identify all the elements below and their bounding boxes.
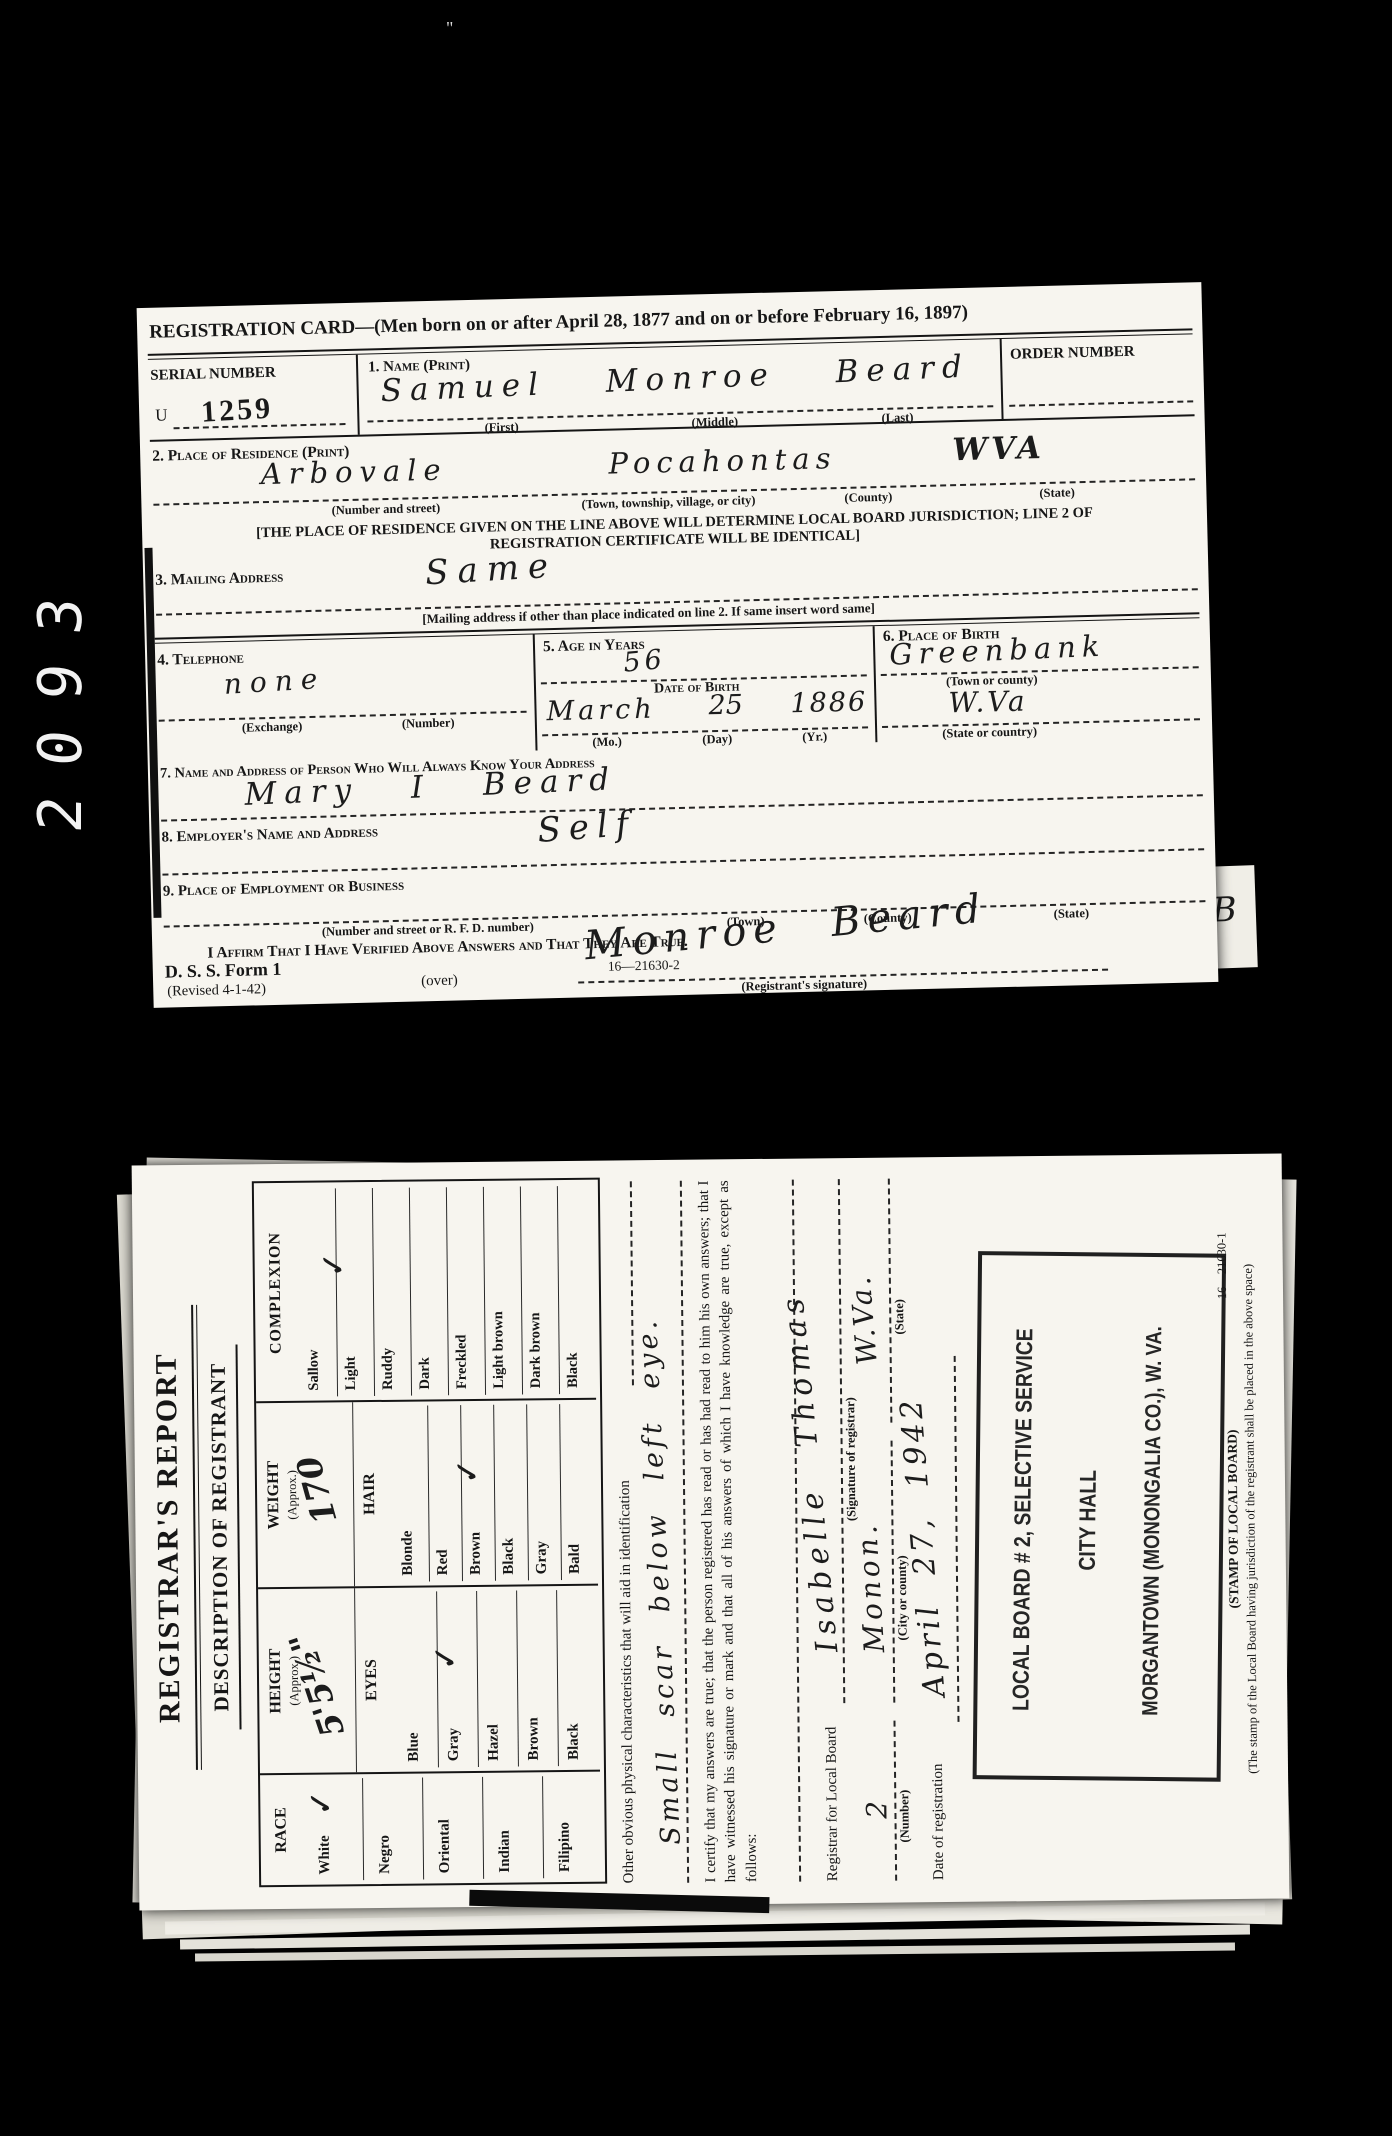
serial-number-value: 1259 (200, 392, 274, 430)
telephone-caption-number: (Number) (402, 715, 455, 731)
hair-option-black: Black (501, 1538, 518, 1575)
dob-caption-year: (Yr.) (802, 729, 827, 745)
eyes-gray-checkmark: ✓ (429, 1646, 464, 1675)
residence-caption-state: (State) (1039, 485, 1075, 501)
rule (352, 1402, 355, 1586)
residence-caption-street: (Number and street) (331, 501, 440, 519)
rule (354, 1588, 357, 1772)
race-option-filipino: Filipino (557, 1822, 575, 1872)
rule (533, 634, 538, 750)
birth-month-value: March (546, 694, 656, 728)
stamp-line-cityhall: CITY HALL (1072, 1305, 1104, 1735)
rule (516, 1591, 519, 1767)
rule (556, 1590, 559, 1766)
age-value: 56 (622, 644, 667, 679)
other-characteristics-value: Small scar below left eye. (632, 1316, 687, 1845)
rule (372, 1188, 375, 1396)
rule (356, 355, 360, 435)
eyes-option-hazel: Hazel (486, 1724, 503, 1761)
rule (436, 1591, 439, 1767)
registrant-signature-value: Monroe Beard (583, 886, 990, 970)
print-code-back: 16—21630-1 (1214, 1232, 1230, 1299)
scan-artifact-mark: " (446, 18, 453, 39)
telephone-value: none (223, 662, 326, 701)
rule (258, 1584, 598, 1590)
birth-state-caption: (State or country) (942, 724, 1037, 741)
stamp-note: (The stamp of the Local Board having jur… (1240, 1234, 1262, 1804)
employer-value: Self (536, 804, 638, 851)
dotted-line (159, 711, 527, 722)
eyes-option-blue: Blue (406, 1732, 423, 1761)
serial-number-label: SERIAL NUMBER (150, 365, 276, 385)
rule (191, 1305, 202, 1770)
rule (236, 1344, 242, 1729)
rule (542, 1776, 544, 1878)
complexion-option-ruddy: Ruddy (380, 1348, 397, 1390)
weight-header: WEIGHT (264, 1403, 284, 1587)
mailing-address-label: 3. Mailing Address (155, 569, 283, 590)
date-of-registration-value: April 27, 1942 (894, 1395, 953, 1698)
rule (526, 1404, 529, 1580)
race-header: RACE (272, 1775, 291, 1885)
birth-day-value: 25 (708, 689, 743, 721)
registrar-label: Registrar for Local Board (824, 1727, 843, 1882)
date-of-registration-label: Date of registration (930, 1763, 948, 1880)
complexion-option-dark-brown: Dark brown (527, 1312, 545, 1388)
birth-year-value: 1886 (790, 686, 867, 719)
dotted-line (882, 718, 1200, 728)
complexion-option-light: Light (343, 1356, 360, 1390)
hair-option-gray: Gray (534, 1541, 551, 1575)
rule (873, 626, 878, 742)
hair-option-brown: Brown (467, 1532, 484, 1575)
dob-caption-month: (Mo.) (592, 734, 622, 750)
hair-header: HAIR (360, 1402, 380, 1586)
rule (335, 1188, 338, 1396)
complexion-option-sallow: Sallow (306, 1349, 323, 1390)
description-of-registrant-subtitle: DESCRIPTION OF REGISTRANT (204, 1165, 237, 1910)
rule (427, 1405, 430, 1581)
hair-brown-checkmark: ✓ (451, 1459, 486, 1488)
rule (476, 1591, 479, 1767)
form-number: D. S. S. Form 1 (165, 959, 282, 983)
rule (260, 1770, 600, 1776)
dotted-line (1009, 400, 1193, 406)
rule (557, 1186, 560, 1394)
eyes-option-gray: Gray (446, 1728, 463, 1762)
eyes-header: EYES (362, 1588, 382, 1772)
hair-option-bald: Bald (567, 1544, 584, 1574)
serial-number-prefix: U (155, 405, 168, 425)
rule (409, 1188, 412, 1396)
form-revision: (Revised 4-1-42) (167, 981, 266, 1000)
local-board-stamp: LOCAL BOARD # 2, SELECTIVE SERVICE CITY … (973, 1251, 1227, 1782)
hair-option-blonde: Blonde (399, 1531, 416, 1576)
print-code-front: 16—21630-2 (608, 957, 680, 975)
employer-label: 8. Employer's Name and Address (161, 824, 378, 846)
dotted-line (162, 848, 1204, 875)
race-option-white: White (317, 1835, 334, 1874)
other-characteristics-label: Other obvious physical characteristics t… (617, 1480, 638, 1883)
rule (446, 1187, 449, 1395)
board-state-caption: (State) (892, 1299, 907, 1335)
board-number-value: 2 (860, 1801, 893, 1819)
residence-street-value: Arbovale (260, 453, 448, 492)
birth-state-value: W.Va (948, 684, 1028, 719)
registrant-signature-caption: (Registrant's signature) (741, 976, 867, 994)
race-white-checkmark: ✓ (304, 1791, 339, 1820)
registrar-certification-text: I certify that my answers are true; that… (694, 1180, 763, 1883)
board-city-value: Monon. (850, 1521, 891, 1654)
residence-caption-county: (County) (844, 490, 892, 506)
height-header: HEIGHT (266, 1589, 286, 1773)
dotted-line (954, 1356, 960, 1722)
complexion-option-dark: Dark (417, 1357, 434, 1389)
eyes-option-brown: Brown (525, 1717, 542, 1760)
employment-label: 9. Place of Employment or Business (163, 878, 405, 901)
race-option-oriental: Oriental (436, 1819, 454, 1873)
complexion-light-checkmark: ✓ (317, 1253, 352, 1282)
dob-caption-day: (Day) (702, 732, 732, 748)
frame-number: 2093 (18, 548, 104, 852)
order-number-label: ORDER NUMBER (1010, 344, 1135, 364)
scan-edge-shadow (144, 548, 161, 918)
telephone-caption-exchange: (Exchange) (242, 719, 303, 735)
rule (520, 1186, 523, 1394)
registration-card-front: REGISTRATION CARD—(Men born on or after … (137, 282, 1219, 1008)
complexion-header: COMPLEXION (266, 1185, 286, 1401)
eyes-option-black: Black (565, 1723, 582, 1760)
registrar-signature-value: Isabelle Thomas (775, 1291, 845, 1654)
rule (483, 1187, 486, 1395)
over-label: (over) (421, 972, 458, 990)
rule (362, 1778, 364, 1880)
description-table: RACE White ✓ Negro Oriental Indian Filip… (252, 1178, 607, 1888)
rule (256, 1398, 596, 1404)
rule (460, 1405, 463, 1581)
registration-card-back: REGISTRAR'S REPORT DESCRIPTION OF REGIST… (132, 1153, 1290, 1910)
complexion-option-freckled: Freckled (453, 1335, 471, 1390)
race-option-indian: Indian (497, 1830, 514, 1873)
hair-option-red: Red (435, 1549, 452, 1575)
rule (559, 1404, 562, 1580)
complexion-option-light-brown: Light brown (490, 1311, 508, 1389)
mailing-address-value: Same (424, 546, 558, 594)
scan-background: { "frame_number": "2093", "check_mark": … (0, 0, 1392, 2136)
board-number-caption: (Number) (897, 1790, 913, 1843)
stamp-line-morgantown: MORGANTOWN (MONONGALIA CO.), W. VA. (1137, 1306, 1168, 1736)
board-state-value: W.Va. (844, 1273, 884, 1366)
rule (482, 1777, 484, 1879)
rule (422, 1778, 424, 1880)
stamp-line-board: LOCAL BOARD # 2, SELECTIVE SERVICE (1007, 1304, 1039, 1734)
residence-caption-town: (Town, township, village, or city) (581, 493, 755, 512)
residence-county-value: Pocahontas (608, 441, 837, 481)
rule (493, 1405, 496, 1581)
race-option-negro: Negro (377, 1835, 394, 1874)
registrar-signature-caption: (Signature of registrar) (843, 1397, 859, 1521)
complexion-option-black: Black (565, 1352, 582, 1388)
rule (1000, 339, 1004, 419)
employment-caption-state: (State) (1054, 906, 1090, 922)
residence-state-value: WVA (952, 430, 1045, 468)
registrars-report-title: REGISTRAR'S REPORT (148, 1165, 190, 1910)
